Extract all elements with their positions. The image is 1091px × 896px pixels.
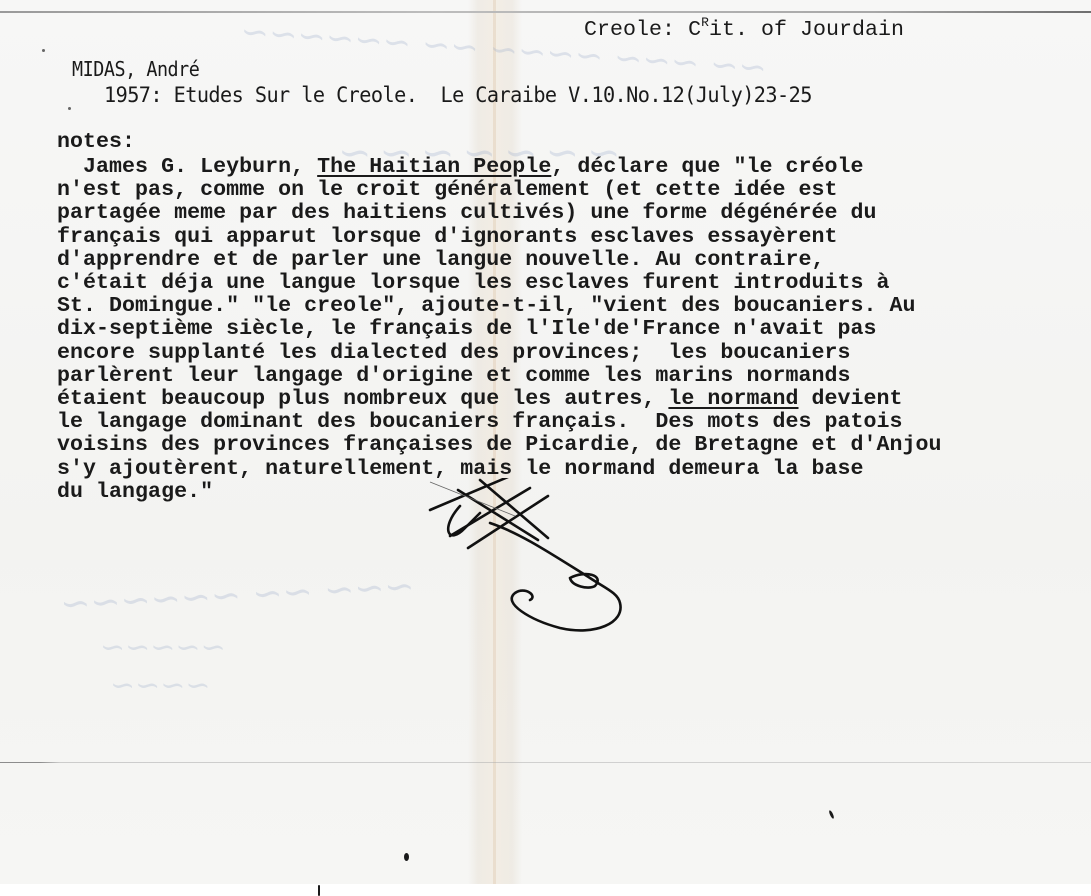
notes-text: n'est pas, comme on le croit généralemen…	[57, 178, 838, 202]
notes-line: St. Domingue." "le creole", ajoute-t-il,…	[57, 295, 942, 318]
notes-line: dix-septième siècle, le français de l'Il…	[57, 318, 942, 341]
notes-text: voisins des provinces françaises de Pica…	[57, 433, 942, 457]
subject-heading-prefix: Creole: C	[584, 18, 701, 42]
bleed-through-handwriting: ~~~~~	[100, 630, 226, 665]
paper-bottom-edge	[0, 884, 1091, 896]
top-rule-line	[0, 11, 1091, 13]
notes-text: le langage dominant des boucaniers franç…	[57, 410, 903, 434]
citation-line: 1957: Etudes Sur le Creole. Le Caraibe V…	[104, 83, 812, 108]
notes-text: , déclare que "le créole	[551, 155, 863, 179]
notes-body: James G. Leyburn, The Haitian People, dé…	[57, 156, 942, 504]
signature-icon	[420, 478, 640, 648]
notes-line: c'était déja une langue lorsque les escl…	[57, 272, 942, 295]
underlined-title: le normand	[668, 387, 798, 411]
notes-label: notes:	[57, 130, 135, 154]
notes-text: c'était déja une langue lorsque les escl…	[57, 271, 890, 295]
notes-line: parlèrent leur langage d'origine et comm…	[57, 365, 942, 388]
notes-text: étaient beaucoup plus nombreux que les a…	[57, 387, 668, 411]
bleed-through-handwriting: ~~~~	[110, 668, 211, 703]
ink-speck	[42, 49, 45, 52]
notes-line: partagée meme par des haitiens cultivés)…	[57, 202, 942, 225]
notes-text: partagée meme par des haitiens cultivés)…	[57, 201, 877, 225]
notes-text: d'apprendre et de parler une langue nouv…	[57, 248, 825, 272]
notes-text: du langage."	[57, 480, 213, 504]
notes-line: James G. Leyburn, The Haitian People, dé…	[57, 156, 942, 179]
subject-heading-superscript: R	[701, 15, 709, 30]
notes-line: n'est pas, comme on le croit généralemen…	[57, 179, 942, 202]
notes-text: St. Domingue." "le creole", ajoute-t-il,…	[57, 294, 916, 318]
underlined-title: The Haitian People	[317, 155, 551, 179]
ink-speck	[68, 107, 71, 110]
notes-line: français qui apparut lorsque d'ignorants…	[57, 226, 942, 249]
notes-line: encore supplanté les dialected des provi…	[57, 342, 942, 365]
author-name: MIDAS, André	[72, 57, 199, 81]
notes-text: devient	[799, 387, 903, 411]
subject-heading-suffix: it. of Jourdain	[709, 18, 904, 42]
notes-text: français qui apparut lorsque d'ignorants…	[57, 225, 838, 249]
notes-line: voisins des provinces françaises de Pica…	[57, 434, 942, 457]
notes-line: le langage dominant des boucaniers franç…	[57, 411, 942, 434]
notes-text: parlèrent leur langage d'origine et comm…	[57, 364, 851, 388]
notes-line: étaient beaucoup plus nombreux que les a…	[57, 388, 942, 411]
notes-text: encore supplanté les dialected des provi…	[57, 341, 851, 365]
ink-speck	[318, 885, 320, 896]
notes-line: d'apprendre et de parler une langue nouv…	[57, 249, 942, 272]
subject-heading: Creole: CRit. of Jourdain	[584, 18, 904, 42]
notes-text: James G. Leyburn,	[57, 155, 317, 179]
notes-text: dix-septième siècle, le français de l'Il…	[57, 317, 877, 341]
bottom-rule-line	[0, 762, 1091, 763]
ink-speck	[404, 853, 409, 861]
